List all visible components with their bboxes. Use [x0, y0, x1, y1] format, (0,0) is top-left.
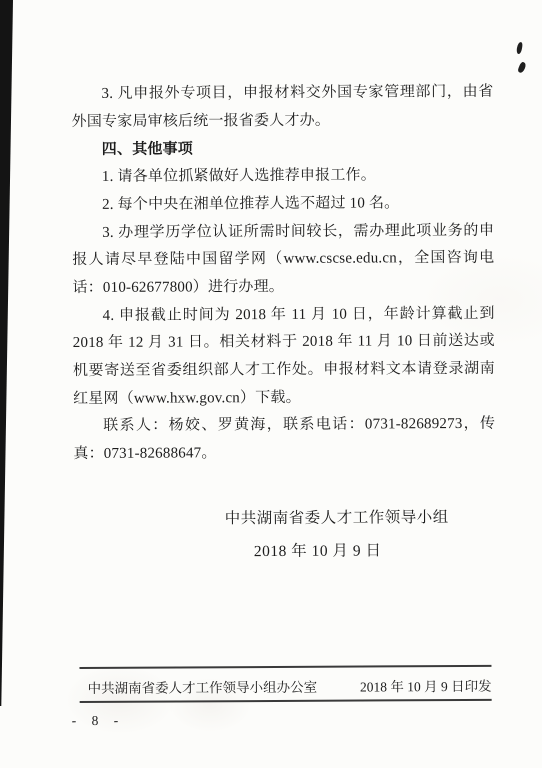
footer-divider-bottom: [80, 699, 492, 703]
footer-imprint-row: 中共湖南省委人才工作领导小组办公室 2018 年 10 月 9 日印发: [88, 675, 492, 697]
footer-divider-top: [79, 665, 491, 669]
paragraph-foreign-expert-projects: 3. 凡申报外专项目，申报材料交外国专家管理部门，由省外国专家局审核后统一报省委…: [71, 79, 493, 137]
signature-date: 2018 年 10 月 9 日: [254, 538, 382, 561]
paragraph-item-recommend-work: 1. 请各单位抓紧做好人选推荐申报工作。: [72, 162, 494, 192]
paragraph-contact-info: 联系人：杨姣、罗黄海，联系电话：0731-82689273，传真：0731-82…: [73, 411, 495, 469]
scanned-document-page: 3. 凡申报外专项目，申报材料交外国专家管理部门，由省外国专家局审核后统一报省委…: [0, 0, 542, 768]
document-content: 3. 凡申报外专项目，申报材料交外国专家管理部门，由省外国专家局审核后统一报省委…: [0, 0, 542, 768]
paragraph-item-deadline: 4. 申报截止时间为 2018 年 11 月 10 日，年龄计算截止到 2018…: [73, 300, 496, 413]
footer-issuer-office: 中共湖南省委人才工作领导小组办公室: [88, 676, 318, 697]
paragraph-item-quota-limit: 2. 每个中央在湘单位推荐人选不超过 10 名。: [72, 190, 494, 220]
page-number: - 8 -: [72, 713, 125, 729]
section-heading-other-matters: 四、其他事项: [72, 134, 494, 164]
paragraph-item-degree-certification: 3. 办理学历学位认证所需时间较长，需办理此项业务的申报人请尽早登陆中国留学网（…: [72, 217, 494, 302]
signature-organization: 中共湖南省委人才工作领导小组: [225, 505, 449, 528]
document-body: 3. 凡申报外专项目，申报材料交外国专家管理部门，由省外国专家局审核后统一报省委…: [71, 79, 495, 469]
footer-print-date: 2018 年 10 月 9 日印发: [360, 675, 492, 696]
